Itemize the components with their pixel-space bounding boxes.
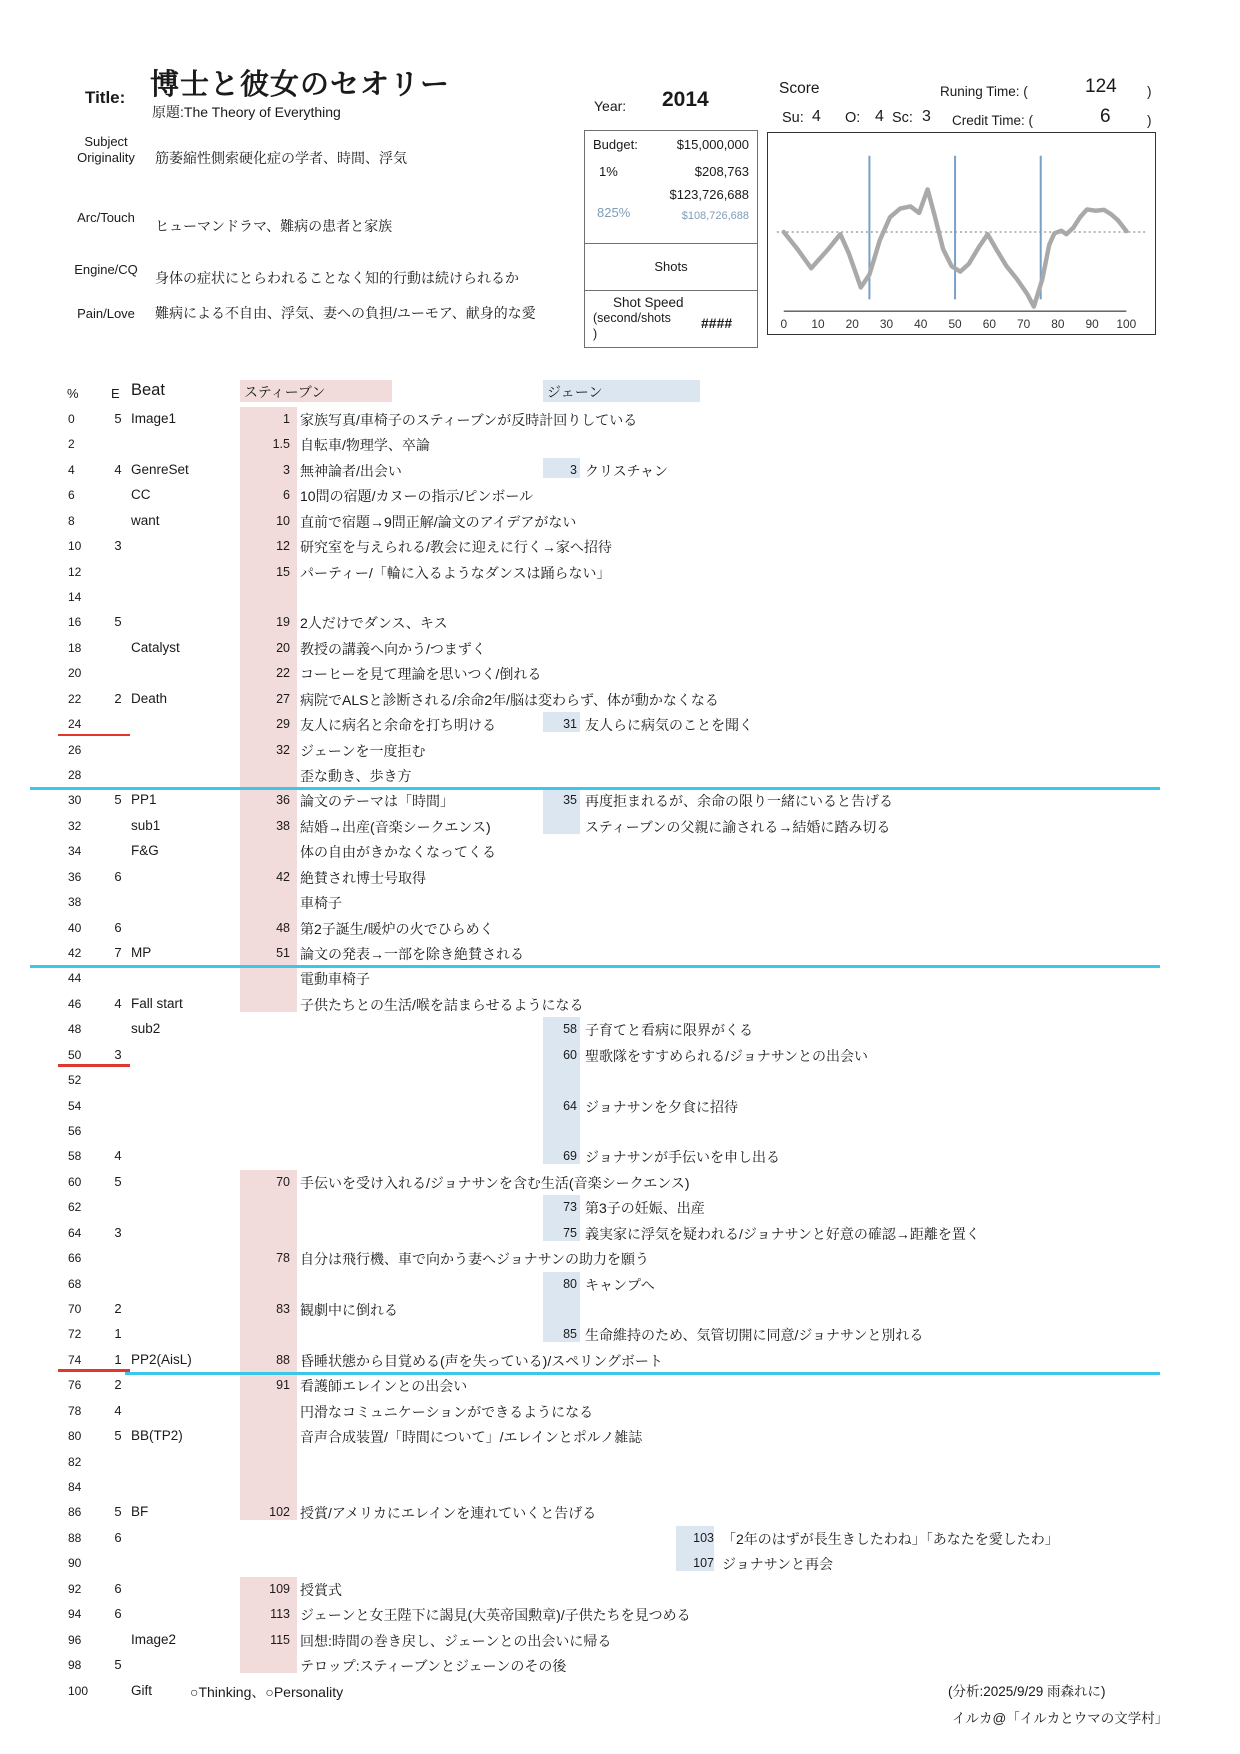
e-score: 4 bbox=[110, 1148, 126, 1163]
score-item-value: 4 bbox=[812, 108, 821, 126]
e-score: 6 bbox=[110, 869, 126, 884]
stephen-beat-text: 手伝いを受け入れる/ジョナサンを含む生活(音楽シークエンス) bbox=[300, 1173, 690, 1193]
jane-scene-number: 35 bbox=[543, 793, 577, 807]
title-label: Title: bbox=[85, 88, 125, 108]
percent-label: 42 bbox=[68, 946, 81, 960]
stephen-beat-text: 円滑なコミュニケーションができるようになる bbox=[300, 1402, 593, 1422]
stephen-scene-number: 20 bbox=[240, 641, 290, 655]
percent-label: 80 bbox=[68, 1429, 81, 1443]
stephen-scene-number: 51 bbox=[240, 946, 290, 960]
stephen-scene-number: 42 bbox=[240, 870, 290, 884]
x-tick-label: 30 bbox=[880, 317, 894, 331]
percent-label: 28 bbox=[68, 768, 81, 782]
percent-label: 30 bbox=[68, 793, 81, 807]
stephen-scene-number: 27 bbox=[240, 692, 290, 706]
percent-label: 4 bbox=[68, 463, 75, 477]
percent-label: 2 bbox=[68, 437, 75, 451]
quarter-divider-line bbox=[30, 787, 1160, 790]
e-score: 2 bbox=[110, 691, 126, 706]
percent-label: 50 bbox=[68, 1048, 81, 1062]
e-score: 5 bbox=[110, 1428, 126, 1443]
percent-label: 76 bbox=[68, 1378, 81, 1392]
stephen-scene-number: 113 bbox=[240, 1607, 290, 1621]
jane-beat-text: ジョナサンと再会 bbox=[722, 1554, 833, 1574]
stephen-beat-text: 無神論者/出会い bbox=[300, 461, 402, 481]
percent-label: 12 bbox=[68, 565, 81, 579]
e-score: 5 bbox=[110, 1657, 126, 1672]
jane-scene-number: 64 bbox=[543, 1099, 577, 1113]
score-item-label: Sc: bbox=[892, 110, 913, 126]
percent-label: 10 bbox=[68, 539, 81, 553]
percent-label: 84 bbox=[68, 1480, 81, 1494]
e-score: 2 bbox=[110, 1377, 126, 1392]
x-tick-label: 50 bbox=[948, 317, 962, 331]
budget-pct: 825% bbox=[597, 205, 630, 220]
field-label: Engine/CQ bbox=[58, 262, 154, 278]
jane-scene-number: 85 bbox=[543, 1327, 577, 1341]
quarter-divider-line bbox=[125, 1372, 1160, 1375]
e-score: 6 bbox=[110, 1530, 126, 1545]
act-underline bbox=[58, 734, 130, 737]
percent-label: 40 bbox=[68, 921, 81, 935]
stephen-scene-number: 15 bbox=[240, 565, 290, 579]
stephen-scene-number: 19 bbox=[240, 615, 290, 629]
stephen-beat-text: 直前で宿題→9問正解/論文のアイデアがない bbox=[300, 512, 576, 532]
stephen-beat-text: パーティー/「輪に入るようなダンスは踊らない」 bbox=[300, 563, 611, 583]
stephen-scene-number: 6 bbox=[240, 488, 290, 502]
act-underline bbox=[58, 1369, 130, 1372]
shot-speed-label-line: ) bbox=[593, 327, 597, 341]
e-score: 5 bbox=[110, 411, 126, 426]
x-tick-label: 100 bbox=[1116, 317, 1136, 331]
percent-label: 92 bbox=[68, 1582, 81, 1596]
jane-scene-number: 73 bbox=[543, 1200, 577, 1214]
field-text: 難病による不自由、浮気、妻への負担/ユーモア、献身的な愛 bbox=[155, 301, 541, 325]
stephen-scene-number: 115 bbox=[240, 1633, 290, 1647]
running-time-label: Runing Time: ( bbox=[940, 84, 1028, 99]
e-score: 3 bbox=[110, 538, 126, 553]
beat-label: BB(TP2) bbox=[131, 1428, 183, 1443]
beat-label: Catalyst bbox=[131, 640, 180, 655]
jane-beat-text: スティーブンの父親に諭される→結婚に踏み切る bbox=[585, 817, 890, 837]
e-score: 3 bbox=[110, 1225, 126, 1240]
beat-label: Image2 bbox=[131, 1632, 176, 1647]
running-time-value: 124 bbox=[1085, 76, 1117, 98]
percent-label: 64 bbox=[68, 1226, 81, 1240]
percent-label: 36 bbox=[68, 870, 81, 884]
percent-label: 90 bbox=[68, 1556, 81, 1570]
e-score: 7 bbox=[110, 945, 126, 960]
percent-label: 0 bbox=[68, 412, 75, 426]
jane-beat-text: 義実家に浮気を疑われる/ジョナサンと好意の確認→距離を置く bbox=[585, 1224, 980, 1244]
percent-label: 74 bbox=[68, 1353, 81, 1367]
percent-label: 8 bbox=[68, 514, 75, 528]
jane-beat-text: ジョナサンが手伝いを申し出る bbox=[585, 1147, 780, 1167]
stephen-beat-text: 論文の発表→一部を除き絶賛される bbox=[300, 944, 524, 964]
x-tick-label: 10 bbox=[811, 317, 825, 331]
stephen-beat-text: 電動車椅子 bbox=[300, 969, 370, 989]
stephen-beat-text: 絶賛され博士号取得 bbox=[300, 868, 426, 888]
field-text: 筋萎縮性側索硬化症の学者、時間、浮気 bbox=[155, 146, 407, 170]
beat-label: F&G bbox=[131, 843, 159, 858]
e-score: 4 bbox=[110, 1403, 126, 1418]
percent-label: 52 bbox=[68, 1073, 81, 1087]
x-tick-label: 40 bbox=[914, 317, 928, 331]
shot-speed-label-line: Shot Speed bbox=[613, 295, 684, 310]
percent-label: 54 bbox=[68, 1099, 81, 1113]
field-label: SubjectOriginality bbox=[58, 134, 154, 166]
jane-beat-text: 第3子の妊娠、出産 bbox=[585, 1198, 705, 1218]
jane-column-header: ジェーン bbox=[543, 380, 700, 402]
stephen-beat-text: ジェーンと女王陛下に謁見(大英帝国勲章)/子供たちを見つめる bbox=[300, 1605, 691, 1625]
e-score: 4 bbox=[110, 462, 126, 477]
stephen-beat-text: 研究室を与えられる/教会に迎えに行く→家へ招待 bbox=[300, 537, 612, 557]
percent-label: 32 bbox=[68, 819, 81, 833]
credit-time-label: Credit Time: ( bbox=[952, 113, 1033, 128]
percent-label: 18 bbox=[68, 641, 81, 655]
original-title: 原題:The Theory of Everything bbox=[152, 102, 341, 122]
stephen-beat-text: 病院でALSと診断される/余命2年/脳は変わらず、体が動かなくなる bbox=[300, 690, 719, 710]
stephen-column-stripe bbox=[240, 1170, 297, 1521]
shot-speed-label-line: (second/shots bbox=[593, 311, 671, 325]
tension-chart-svg: 0102030405060708090100 bbox=[768, 133, 1155, 334]
jane-scene-number: 60 bbox=[543, 1048, 577, 1062]
credit-time-value: 6 bbox=[1100, 106, 1111, 128]
stephen-beat-text: 車椅子 bbox=[300, 893, 342, 913]
beat-sheet-page: Title: 博士と彼女のセオリー 原題:The Theory of Every… bbox=[0, 0, 1240, 1754]
stephen-scene-number: 102 bbox=[240, 1505, 290, 1519]
percent-label: 88 bbox=[68, 1531, 81, 1545]
stephen-scene-number: 83 bbox=[240, 1302, 290, 1316]
beat-label: Image1 bbox=[131, 411, 176, 426]
stephen-beat-text: 授賞/アメリカにエレインを連れていくと告げる bbox=[300, 1503, 596, 1523]
stephen-beat-text: 家族写真/車椅子のスティーブンが反時計回りしている bbox=[300, 410, 637, 430]
stephen-beat-text: テロップ:スティーブンとジェーンのその後 bbox=[300, 1656, 566, 1676]
beat-label: PP1 bbox=[131, 792, 157, 807]
beat-label: CC bbox=[131, 487, 151, 502]
stephen-scene-number: 38 bbox=[240, 819, 290, 833]
shots-box: Shots bbox=[584, 243, 758, 291]
percent-label: 94 bbox=[68, 1607, 81, 1621]
percent-label: 16 bbox=[68, 615, 81, 629]
credit-time-close: ) bbox=[1147, 113, 1152, 128]
percent-column-header: % bbox=[67, 386, 79, 401]
percent-label: 58 bbox=[68, 1149, 81, 1163]
field-label: Arc/Touch bbox=[58, 210, 154, 226]
beat-column-header: Beat bbox=[131, 381, 165, 400]
e-score: 6 bbox=[110, 1581, 126, 1596]
jane-scene-number: 107 bbox=[676, 1556, 714, 1570]
percent-label: 66 bbox=[68, 1251, 81, 1265]
jane-scene-number: 75 bbox=[543, 1226, 577, 1240]
shots-label: Shots bbox=[585, 259, 757, 274]
beat-label: Fall start bbox=[131, 996, 183, 1011]
stephen-beat-text: 自転車/物理学、卒論 bbox=[300, 435, 430, 455]
stephen-beat-text: 子供たちとの生活/喉を詰まらせるようになる bbox=[300, 995, 583, 1015]
budget-row-value: $208,763 bbox=[695, 164, 749, 179]
jane-beat-text: 子育てと看病に限界がくる bbox=[585, 1020, 753, 1040]
field-text: ヒューマンドラマ、難病の患者と家族 bbox=[155, 214, 392, 238]
beat-label: GenreSet bbox=[131, 462, 189, 477]
jane-scene-number: 3 bbox=[543, 463, 577, 477]
beat-label: want bbox=[131, 513, 160, 528]
quarter-divider-line bbox=[30, 965, 1160, 968]
percent-label: 96 bbox=[68, 1633, 81, 1647]
percent-label: 44 bbox=[68, 971, 81, 985]
percent-label: 56 bbox=[68, 1124, 81, 1138]
e-score: 6 bbox=[110, 920, 126, 935]
jane-scene-number: 103 bbox=[676, 1531, 714, 1545]
percent-label: 6 bbox=[68, 488, 75, 502]
stephen-scene-number: 78 bbox=[240, 1251, 290, 1265]
beat-label: Gift bbox=[131, 1683, 152, 1698]
shot-speed-box: Shot Speed(second/shots) #### bbox=[584, 290, 758, 348]
stephen-scene-number: 22 bbox=[240, 666, 290, 680]
e-score: 1 bbox=[110, 1326, 126, 1341]
score-label: Score bbox=[779, 80, 820, 98]
jane-scene-number: 80 bbox=[543, 1277, 577, 1291]
stephen-scene-number: 1 bbox=[240, 412, 290, 426]
stephen-scene-number: 3 bbox=[240, 463, 290, 477]
beat-label: Death bbox=[131, 691, 167, 706]
stephen-beat-text: 授賞式 bbox=[300, 1580, 342, 1600]
e-score: 5 bbox=[110, 1174, 126, 1189]
percent-label: 38 bbox=[68, 895, 81, 909]
score-item-label: Su: bbox=[782, 110, 804, 126]
percent-label: 46 bbox=[68, 997, 81, 1011]
e-score: 2 bbox=[110, 1301, 126, 1316]
x-tick-label: 80 bbox=[1051, 317, 1065, 331]
jane-beat-text: 聖歌隊をすすめられる/ジョナサンとの出会い bbox=[585, 1046, 868, 1066]
stephen-beat-text: 友人に病名と余命を打ち明ける bbox=[300, 715, 496, 735]
footer-analysis-credit: (分析:2025/9/29 雨森れに) bbox=[948, 1680, 1106, 1700]
score-item-label: O: bbox=[845, 110, 860, 126]
footer-author: イルカ@「イルカとウマの文学村」 bbox=[952, 1707, 1168, 1727]
stephen-scene-number: 109 bbox=[240, 1582, 290, 1596]
percent-label: 98 bbox=[68, 1658, 81, 1672]
percent-label: 100 bbox=[68, 1684, 88, 1698]
stephen-beat-text: 2人だけでダンス、キス bbox=[300, 613, 448, 633]
percent-label: 70 bbox=[68, 1302, 81, 1316]
stephen-scene-number: 36 bbox=[240, 793, 290, 807]
x-tick-label: 70 bbox=[1017, 317, 1031, 331]
stephen-beat-text: 論文のテーマは「時間」 bbox=[300, 791, 454, 811]
percent-label: 68 bbox=[68, 1277, 81, 1291]
percent-label: 72 bbox=[68, 1327, 81, 1341]
field-label: Pain/Love bbox=[58, 306, 154, 322]
page-title: 博士と彼女のセオリー bbox=[150, 62, 450, 103]
e-score: 6 bbox=[110, 1606, 126, 1621]
beat-label: sub1 bbox=[131, 818, 160, 833]
x-tick-label: 90 bbox=[1085, 317, 1099, 331]
percent-label: 62 bbox=[68, 1200, 81, 1214]
jane-beat-text: 再度拒まれるが、余命の限り一緒にいると告げる bbox=[585, 791, 893, 811]
stephen-scene-number: 70 bbox=[240, 1175, 290, 1189]
percent-label: 24 bbox=[68, 717, 81, 731]
jane-beat-text: 「2年のはずが長生きしたわね」「あなたを愛したわ」 bbox=[722, 1529, 1059, 1549]
field-text: 身体の症状にとらわれることなく知的行動は続けられるか bbox=[155, 266, 519, 290]
stephen-beat-text: 教授の講義へ向かう/つまずく bbox=[300, 639, 486, 659]
stephen-scene-number: 32 bbox=[240, 743, 290, 757]
running-time-close: ) bbox=[1147, 84, 1152, 99]
score-item-value: 3 bbox=[922, 108, 931, 126]
stephen-scene-number: 1.5 bbox=[240, 437, 290, 451]
gift-note: ○Thinking、○Personality bbox=[190, 1682, 343, 1702]
stephen-beat-text: 歪な動き、歩き方 bbox=[300, 766, 411, 786]
stephen-scene-number: 88 bbox=[240, 1353, 290, 1367]
budget-row-value: $15,000,000 bbox=[677, 137, 749, 152]
jane-beat-text: 生命維持のため、気管切開に同意/ジョナサンと別れる bbox=[585, 1325, 923, 1345]
percent-label: 20 bbox=[68, 666, 81, 680]
percent-label: 34 bbox=[68, 844, 81, 858]
e-score: 5 bbox=[110, 614, 126, 629]
jane-beat-text: 友人らに病気のことを聞く bbox=[585, 715, 753, 735]
beat-label: sub2 bbox=[131, 1021, 160, 1036]
jane-scene-number: 31 bbox=[543, 717, 577, 731]
e-score: 1 bbox=[110, 1352, 126, 1367]
stephen-scene-number: 48 bbox=[240, 921, 290, 935]
percent-label: 60 bbox=[68, 1175, 81, 1189]
tension-chart: 0102030405060708090100 bbox=[767, 132, 1156, 335]
stephen-beat-text: 回想:時間の巻き戻し、ジェーンとの出会いに帰る bbox=[300, 1631, 611, 1651]
stephen-beat-text: 第2子誕生/暖炉の火でひらめく bbox=[300, 919, 494, 939]
e-score: 5 bbox=[110, 792, 126, 807]
act-underline bbox=[58, 1064, 130, 1067]
percent-label: 26 bbox=[68, 743, 81, 757]
stephen-column-header: スティーブン bbox=[240, 380, 392, 402]
year-label: Year: bbox=[594, 98, 626, 114]
budget-row-label: Budget: bbox=[593, 137, 638, 152]
shot-speed-value: #### bbox=[701, 315, 732, 331]
year-value: 2014 bbox=[662, 88, 709, 112]
jane-scene-number: 69 bbox=[543, 1149, 577, 1163]
e-score: 4 bbox=[110, 996, 126, 1011]
beat-label: PP2(AisL) bbox=[131, 1352, 192, 1367]
stephen-scene-number: 10 bbox=[240, 514, 290, 528]
x-tick-label: 0 bbox=[780, 317, 787, 331]
stephen-scene-number: 12 bbox=[240, 539, 290, 553]
budget-box: Budget:$15,000,0001%$208,763 $123,726,68… bbox=[584, 130, 758, 244]
percent-label: 86 bbox=[68, 1505, 81, 1519]
stephen-beat-text: 自分は飛行機、車で向かう妻へジョナサンの助力を願う bbox=[300, 1249, 649, 1269]
jane-column-stripe bbox=[543, 1017, 580, 1164]
e-score: 3 bbox=[110, 1047, 126, 1062]
e-column-header: E bbox=[111, 386, 120, 401]
stephen-scene-number: 29 bbox=[240, 717, 290, 731]
stephen-beat-text: コーヒーを見て理論を思いつく/倒れる bbox=[300, 664, 541, 684]
percent-label: 14 bbox=[68, 590, 81, 604]
score-item-value: 4 bbox=[875, 108, 884, 126]
percent-label: 82 bbox=[68, 1455, 81, 1469]
stephen-beat-text: 10問の宿題/カヌーの指示/ピンボール bbox=[300, 486, 533, 506]
beat-label: MP bbox=[131, 945, 151, 960]
stephen-beat-text: 昏睡状態から目覚める(声を失っている)/スペリングボート bbox=[300, 1351, 663, 1371]
stephen-beat-text: 結婚→出産(音楽シークエンス) bbox=[300, 817, 491, 837]
jane-beat-text: キャンプへ bbox=[585, 1275, 655, 1295]
percent-label: 78 bbox=[68, 1404, 81, 1418]
stephen-beat-text: 音声合成装置/「時間について」/エレインとポルノ雑誌 bbox=[300, 1427, 642, 1447]
budget-amount: $123,726,688 bbox=[669, 187, 749, 202]
stephen-scene-number: 91 bbox=[240, 1378, 290, 1392]
e-score: 5 bbox=[110, 1504, 126, 1519]
jane-beat-text: クリスチャン bbox=[585, 461, 668, 481]
beat-label: BF bbox=[131, 1504, 148, 1519]
stephen-beat-text: 看護師エレインとの出会い bbox=[300, 1376, 467, 1396]
x-tick-label: 20 bbox=[846, 317, 860, 331]
stephen-beat-text: 体の自由がきかなくなってくる bbox=[300, 842, 496, 862]
percent-label: 48 bbox=[68, 1022, 81, 1036]
stephen-beat-text: ジェーンを一度拒む bbox=[300, 741, 425, 761]
jane-scene-number: 58 bbox=[543, 1022, 577, 1036]
stephen-beat-text: 観劇中に倒れる bbox=[300, 1300, 398, 1320]
jane-beat-text: ジョナサンを夕食に招待 bbox=[585, 1097, 738, 1117]
x-tick-label: 60 bbox=[983, 317, 997, 331]
percent-label: 22 bbox=[68, 692, 81, 706]
budget-row-label: 1% bbox=[599, 164, 618, 179]
budget-sub-amount: $108,726,688 bbox=[682, 210, 749, 222]
